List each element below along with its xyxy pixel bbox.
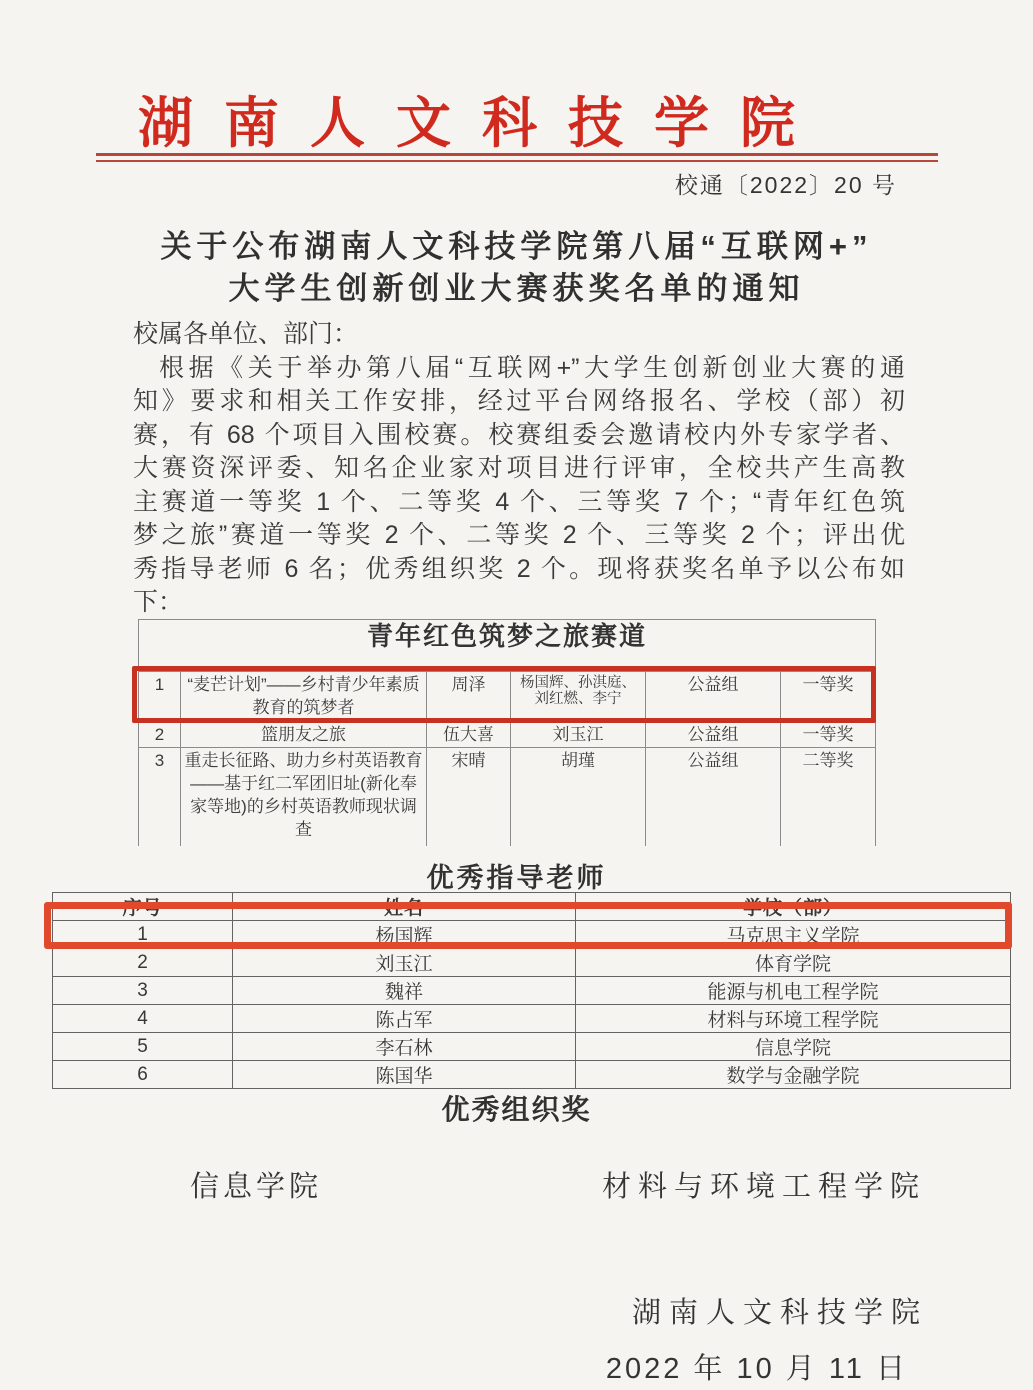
signature-block: 湖南人文科技学院 2022 年 10 月 11 日 <box>606 1290 928 1387</box>
org-award-winner: 材料与环境工程学院 <box>602 1164 926 1205</box>
table-row: 4 陈占军 材料与环境工程学院 <box>53 1005 1011 1033</box>
project-group: 公益组 <box>646 722 781 748</box>
teacher-school: 体育学院 <box>576 949 1011 977</box>
body-line: 大赛资深评委、知名企业家对项目进行评审，全校共产生高教 <box>133 452 905 486</box>
body-line: 主赛道一等奖 1 个、二等奖 4 个、三等奖 7 个；“青年红色筑 <box>133 486 905 520</box>
body-line: 秀指导老师 6 名；优秀组织奖 2 个。现将获奖名单予以公布如 <box>133 553 905 587</box>
signature-date: 2022 年 10 月 11 日 <box>606 1346 908 1387</box>
row-number: 6 <box>53 1061 233 1089</box>
body-line: 赛，有 68 个项目入围校赛。校赛组委会邀请校内外专家学者、 <box>133 419 905 453</box>
letterhead-divider-rule <box>96 153 938 162</box>
table-row: 3 魏祥 能源与机电工程学院 <box>53 977 1011 1005</box>
track-table-title-row: 青年红色筑梦之旅赛道 <box>139 620 876 672</box>
teacher-school: 数学与金融学院 <box>576 1061 1011 1089</box>
teachers-section-heading: 优秀指导老师 <box>0 856 1033 895</box>
highlight-box-teacher-winner <box>44 902 1012 949</box>
body-salutation: 校属各单位、部门： <box>133 318 905 352</box>
table-row: 2 篮朋友之旅 伍大喜 刘玉江 公益组 一等奖 <box>139 722 876 748</box>
highlight-box-track-winner <box>132 666 876 723</box>
signature-organization: 湖南人文科技学院 <box>606 1290 928 1331</box>
notice-title-line-1: 关于公布湖南人文科技学院第八届“互联网+” <box>0 221 1033 266</box>
row-number: 2 <box>139 722 181 748</box>
track-table-title: 青年红色筑梦之旅赛道 <box>139 620 876 672</box>
notice-document-page: 湖南人文科技学院 校通〔2022〕20 号 关于公布湖南人文科技学院第八届“互联… <box>0 0 1033 1390</box>
project-award: 一等奖 <box>781 722 876 748</box>
row-number: 3 <box>53 977 233 1005</box>
table-row: 6 陈国华 数学与金融学院 <box>53 1061 1011 1089</box>
teacher-name: 魏祥 <box>233 977 576 1005</box>
row-number: 4 <box>53 1005 233 1033</box>
teacher-name: 陈国华 <box>233 1061 576 1089</box>
teacher-school: 材料与环境工程学院 <box>576 1005 1011 1033</box>
project-name: 重走长征路、助力乡村英语教育——基于红二军团旧址(新化奉家等地)的乡村英语教师现… <box>181 748 427 846</box>
body-line: 梦之旅”赛道一等奖 2 个、二等奖 2 个、三等奖 2 个；评出优 <box>133 519 905 553</box>
project-name: 篮朋友之旅 <box>181 722 427 748</box>
project-members: 胡瑾 <box>511 748 646 846</box>
project-group: 公益组 <box>646 748 781 846</box>
table-row: 5 李石林 信息学院 <box>53 1033 1011 1061</box>
table-row: 2 刘玉江 体育学院 <box>53 949 1011 977</box>
notice-body: 校属各单位、部门： 根据《关于举办第八届“互联网+”大学生创新创业大赛的通 知》… <box>133 318 905 620</box>
project-leader: 宋晴 <box>427 748 511 846</box>
body-closing: 下： <box>133 586 905 620</box>
project-award: 二等奖 <box>781 748 876 846</box>
project-leader: 伍大喜 <box>427 722 511 748</box>
row-number: 2 <box>53 949 233 977</box>
teacher-school: 能源与机电工程学院 <box>576 977 1011 1005</box>
org-award-heading: 优秀组织奖 <box>0 1088 1033 1128</box>
teacher-school: 信息学院 <box>576 1033 1011 1061</box>
body-line: 根据《关于举办第八届“互联网+”大学生创新创业大赛的通 <box>133 352 905 386</box>
document-number: 校通〔2022〕20 号 <box>675 167 897 200</box>
teacher-name: 刘玉江 <box>233 949 576 977</box>
teacher-name: 陈占军 <box>233 1005 576 1033</box>
body-line: 知》要求和相关工作安排，经过平台网络报名、学校（部）初 <box>133 385 905 419</box>
project-members: 刘玉江 <box>511 722 646 748</box>
table-row: 3 重走长征路、助力乡村英语教育——基于红二军团旧址(新化奉家等地)的乡村英语教… <box>139 748 876 846</box>
university-letterhead-title: 湖南人文科技学院 <box>138 94 826 152</box>
org-award-winner: 信息学院 <box>190 1164 322 1205</box>
row-number: 5 <box>53 1033 233 1061</box>
track-awards-table: 青年红色筑梦之旅赛道 1 “麦芒计划”——乡村青少年素质教育的筑梦者 周泽 杨国… <box>138 619 876 846</box>
teacher-name: 李石林 <box>233 1033 576 1061</box>
notice-title-line-2: 大学生创新创业大赛获奖名单的通知 <box>0 263 1033 308</box>
row-number: 3 <box>139 748 181 846</box>
